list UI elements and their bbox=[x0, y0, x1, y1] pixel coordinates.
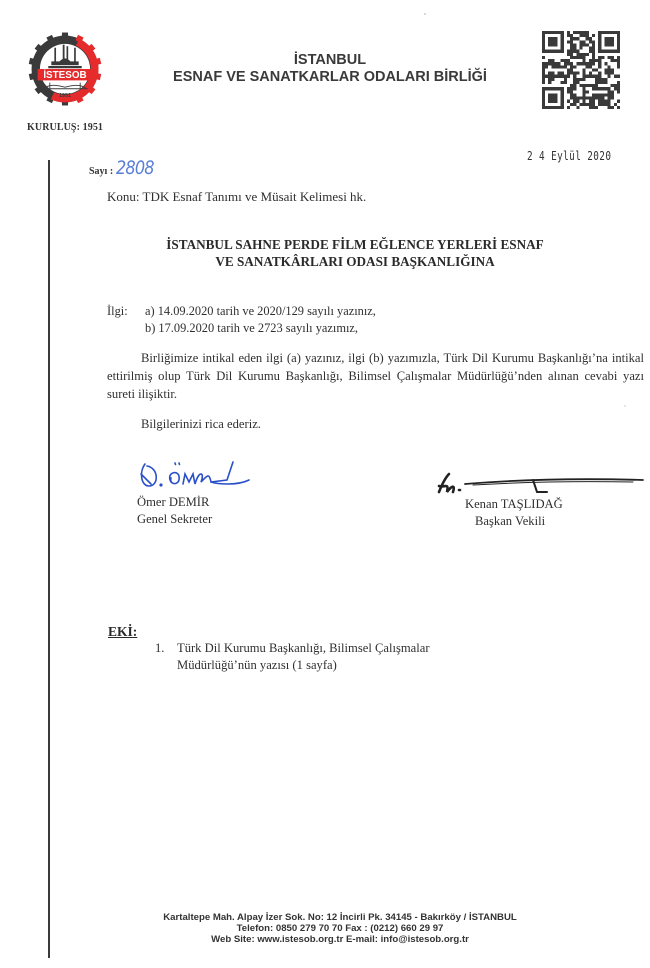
attachment-line1: Türk Dil Kurumu Başkanlığı, Bilimsel Çal… bbox=[177, 641, 430, 655]
reference-item: a) 14.09.2020 tarih ve 2020/129 sayılı y… bbox=[145, 303, 376, 320]
reference-item: b) 17.09.2020 tarih ve 2723 sayılı yazım… bbox=[145, 320, 358, 337]
signatory-name: Kenan TAŞLIDAĞ bbox=[465, 496, 563, 513]
logo-year: 1951 bbox=[59, 93, 71, 99]
references: İlgi: a) 14.09.2020 tarih ve 2020/129 sa… bbox=[107, 303, 376, 337]
org-title-line2: ESNAF VE SANATKARLAR ODALARI BİRLİĞİ bbox=[130, 69, 530, 86]
signatory-title: Genel Sekreter bbox=[137, 511, 212, 528]
scan-speck bbox=[624, 405, 626, 407]
signatory-2: Kenan TAŞLIDAĞ Başkan Vekili bbox=[465, 496, 563, 530]
signatory-title: Başkan Vekili bbox=[465, 513, 563, 530]
footer-address: Kartaltepe Mah. Alpay İzer Sok. No: 12 İ… bbox=[130, 912, 550, 923]
footer-phones: Telefon: 0850 279 70 70 Fax : (0212) 660… bbox=[130, 923, 550, 934]
subject-line: Konu: TDK Esnaf Tanımı ve Müsait Kelimes… bbox=[107, 189, 366, 205]
attachments-list: 1.Türk Dil Kurumu Başkanlığı, Bilimsel Ç… bbox=[155, 640, 430, 674]
org-title: İSTANBUL ESNAF VE SANATKARLAR ODALARI Bİ… bbox=[130, 52, 530, 86]
qr-code-icon bbox=[542, 31, 620, 109]
footer-contact: Kartaltepe Mah. Alpay İzer Sok. No: 12 İ… bbox=[130, 912, 550, 945]
signatory-1: Ömer DEMİR Genel Sekreter bbox=[137, 494, 212, 528]
attachment-line2: Müdürlüğü’nün yazısı (1 sayfa) bbox=[155, 657, 430, 674]
footer-web: Web Site: www.istesob.org.tr E-mail: inf… bbox=[130, 934, 550, 945]
org-title-line1: İSTANBUL bbox=[130, 52, 530, 69]
body-paragraph: Birliğimize intikal eden ilgi (a) yazını… bbox=[107, 349, 644, 403]
addressee-line1: İSTANBUL SAHNE PERDE FİLM EĞLENCE YERLER… bbox=[140, 236, 570, 253]
signature-icon bbox=[433, 470, 645, 496]
addressee: İSTANBUL SAHNE PERDE FİLM EĞLENCE YERLER… bbox=[140, 236, 570, 270]
closing-line: Bilgilerinizi rica ederiz. bbox=[141, 417, 261, 432]
margin-rule bbox=[48, 160, 50, 958]
founded-label: KURULUŞ: 1951 bbox=[27, 122, 103, 133]
signatory-name: Ömer DEMİR bbox=[137, 494, 212, 511]
logo-text: İSTESOB bbox=[43, 70, 86, 81]
attachments-label: EKİ: bbox=[108, 624, 137, 640]
istesob-logo: İSTESOB 1951 bbox=[27, 31, 103, 107]
document-date: 2 4 Eylül 2020 bbox=[527, 149, 611, 163]
scan-speck bbox=[424, 13, 426, 15]
reference-number-handwritten: 2808 bbox=[116, 157, 154, 179]
references-label: İlgi: bbox=[107, 303, 145, 320]
attachment-number: 1. bbox=[155, 640, 177, 657]
addressee-line2: VE SANATKÂRLARI ODASI BAŞKANLIĞINA bbox=[140, 253, 570, 270]
signature-icon bbox=[137, 458, 252, 492]
attachment-item: 1.Türk Dil Kurumu Başkanlığı, Bilimsel Ç… bbox=[155, 640, 430, 674]
reference-number-label: Sayı : bbox=[89, 166, 113, 177]
